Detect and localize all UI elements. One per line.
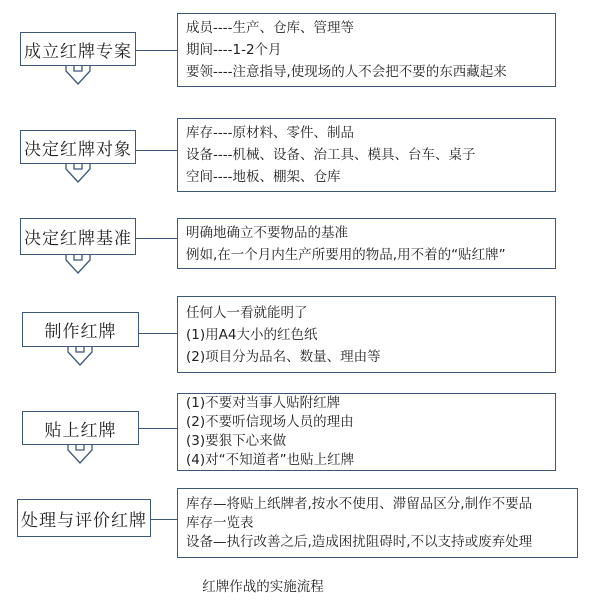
detail-line: 设备----机械、设备、治工具、模具、台车、桌子 [186,144,547,166]
detail-line: 要领----注意指导,使现场的人不会把不要的东西藏起来 [186,61,547,83]
detail-line: (3)要狠下心来做 [186,432,547,451]
connector-line [139,428,177,429]
step-label: 决定红牌对象 [24,135,132,160]
connector-line [136,238,177,239]
step-box-establish-project: 成立红牌专案 [20,32,136,66]
step-box-attach-red-tags: 贴上红牌 [22,411,139,445]
detail-box-establish-project: 成员----生产、仓库、管理等 期间----1-2个月 要领----注意指导,使… [177,13,556,87]
step-box-make-red-tags: 制作红牌 [22,312,139,347]
step-label: 决定红牌基准 [24,224,132,249]
step-label: 处理与评价红牌 [21,506,147,531]
detail-line: 成员----生产、仓库、管理等 [186,17,547,39]
detail-line: 库存一览表 [186,514,569,533]
connector-line [151,519,177,520]
detail-line: (4)对“不知道者”也贴上红牌 [186,451,547,470]
detail-line: (2)不要听信现场人员的理由 [186,413,547,432]
detail-line: 设备—执行改善之后,造成困扰阻碍时,不以支持或废弃处理 [186,533,569,552]
diagram-caption: 红牌作战的实施流程 [0,575,526,595]
detail-box-process-evaluate: 库存—将贴上纸牌者,按水不使用、滞留品区分,制作不要品 库存一览表 设备—执行改… [177,488,578,558]
step-label: 贴上红牌 [45,416,117,441]
step-box-process-evaluate: 处理与评价红牌 [17,499,151,537]
connector-line [136,150,177,151]
detail-line: 任何人一看就能明了 [186,302,547,324]
detail-line: 库存—将贴上纸牌者,按水不使用、滞留品区分,制作不要品 [186,495,569,514]
down-arrow-icon [62,345,98,367]
step-box-decide-targets: 决定红牌对象 [20,130,136,164]
connector-line [139,333,177,334]
down-arrow-icon [60,253,96,275]
down-arrow-icon [60,64,96,86]
detail-box-decide-criteria: 明确地确立不要物品的基准 例如,在一个月内生产所要用的物品,用不着的“贴红牌” [177,218,556,269]
down-arrow-icon [62,443,98,465]
step-box-decide-criteria: 决定红牌基准 [20,218,136,255]
connector-line [136,50,177,51]
detail-line: 期间----1-2个月 [186,39,547,61]
detail-box-make-red-tags: 任何人一看就能明了 (1)用A4大小的红色纸 (2)项目分为品名、数量、理由等 [177,296,556,373]
detail-box-attach-red-tags: (1)不要对当事人贴附红牌 (2)不要听信现场人员的理由 (3)要狠下心来做 (… [177,393,556,471]
step-label: 制作红牌 [45,317,117,342]
step-label: 成立红牌专案 [24,37,132,62]
detail-box-decide-targets: 库存----原材料、零件、制品 设备----机械、设备、治工具、模具、台车、桌子… [177,118,556,192]
down-arrow-icon [60,162,96,184]
detail-line: 明确地确立不要物品的基准 [186,222,547,244]
detail-line: (2)项目分为品名、数量、理由等 [186,346,547,368]
detail-line: 库存----原材料、零件、制品 [186,122,547,144]
detail-line: (1)用A4大小的红色纸 [186,324,547,346]
detail-line: (1)不要对当事人贴附红牌 [186,394,547,413]
detail-line: 空间----地板、棚架、仓库 [186,166,547,188]
detail-line: 例如,在一个月内生产所要用的物品,用不着的“贴红牌” [186,244,547,266]
